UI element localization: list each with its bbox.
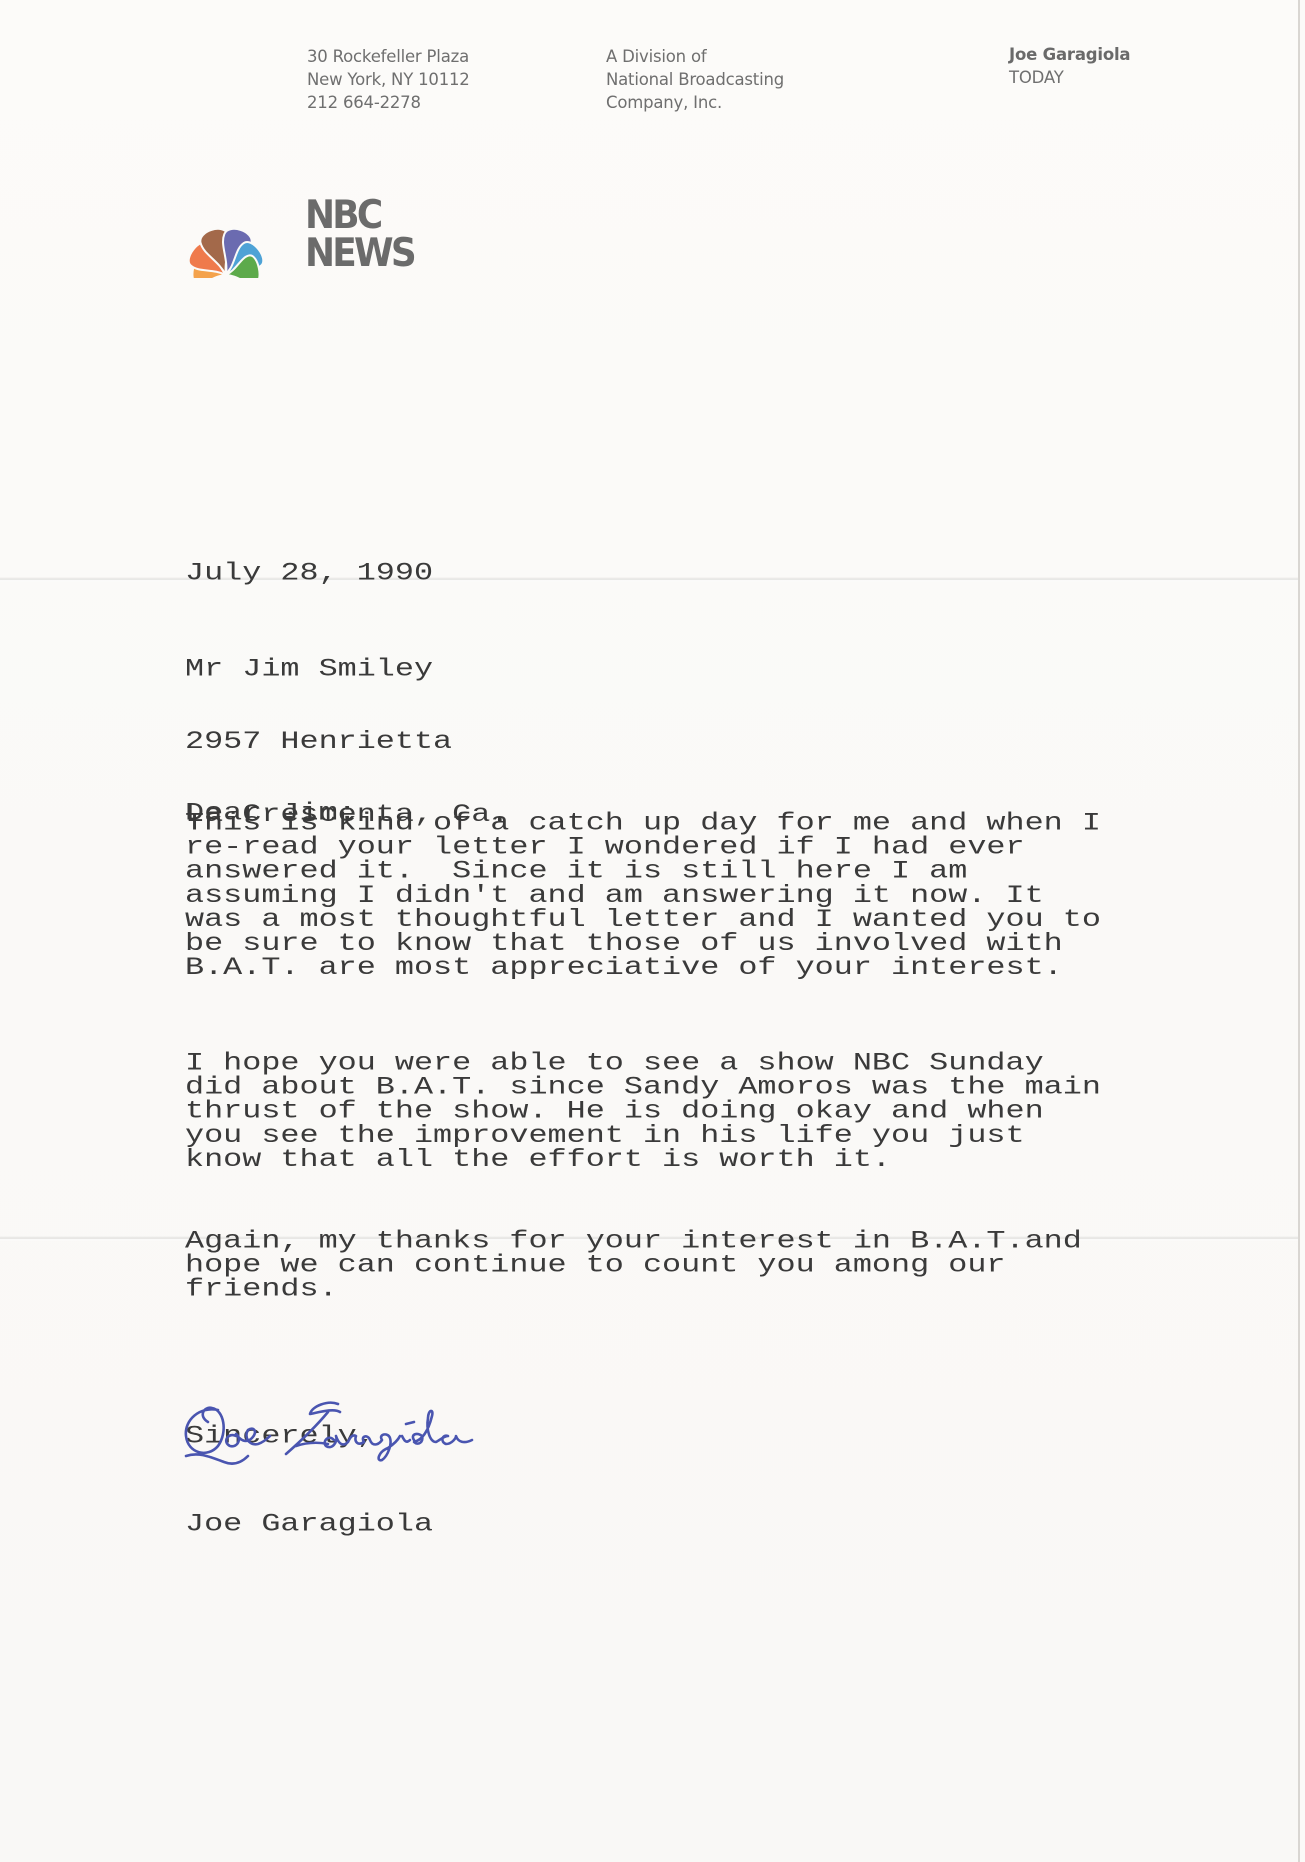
division-line: Company, Inc. [606,91,784,114]
letterhead-person: Joe Garagiola TODAY [1009,43,1130,89]
paragraph-line: hope we can continue to count you among … [185,1253,1082,1277]
paragraph-line: you see the improvement in his life you … [185,1123,1101,1147]
letterhead-division: A Division of National Broadcasting Comp… [606,45,784,114]
recipient-line: 2957 Henrietta [185,730,509,754]
letter-date: July 28, 1990 [185,513,433,610]
paragraph-line: friends. [185,1277,1082,1301]
letterhead-name: Joe Garagiola [1009,43,1130,66]
paragraph-line: This is kind of a catch up day for me an… [185,811,1101,835]
division-line: A Division of [606,45,784,68]
paragraph-line: B.A.T. are most appreciative of your int… [185,956,1101,980]
nbc-peacock-icon [166,203,286,278]
paragraph-line: assuming I didn't and am answering it no… [185,883,1101,907]
recipient-line: Mr Jim Smiley [185,657,509,681]
paragraph-line: thrust of the show. He is doing okay and… [185,1099,1101,1123]
paragraph-line: answered it. Since it is still here I am [185,859,1101,883]
paragraph-line: re-read your letter I wondered if I had … [185,835,1101,859]
phone-number: 212 664-2278 [307,91,470,114]
signer-name: Joe Garagiola [185,1464,433,1561]
logo-news: NEWS [305,235,414,273]
paragraph-line: was a most thoughtful letter and I wante… [185,908,1101,932]
paragraph-1: This is kind of a catch up day for me an… [185,811,1101,980]
division-line: National Broadcasting [606,68,784,91]
paragraph-line: did about B.A.T. since Sandy Amoros was … [185,1075,1101,1099]
nbc-news-logo: NBC NEWS [305,197,414,273]
logo-nbc: NBC [305,197,414,235]
handwritten-signature [178,1396,568,1466]
signer-text: Joe Garagiola [185,1512,433,1536]
paragraph-line: I hope you were able to see a show NBC S… [185,1051,1101,1075]
paragraph-line: be sure to know that those of us involve… [185,932,1101,956]
letterhead-address: 30 Rockefeller Plaza New York, NY 10112 … [307,45,470,114]
paragraph-2: I hope you were able to see a show NBC S… [185,1051,1101,1172]
paragraph-line: Again, my thanks for your interest in B.… [185,1229,1082,1253]
date-text: July 28, 1990 [185,561,433,585]
paragraph-line: know that all the effort is worth it. [185,1148,1101,1172]
address-line: New York, NY 10112 [307,68,470,91]
paragraph-3: Again, my thanks for your interest in B.… [185,1229,1082,1301]
letterhead-program: TODAY [1009,66,1130,89]
address-line: 30 Rockefeller Plaza [307,45,470,68]
